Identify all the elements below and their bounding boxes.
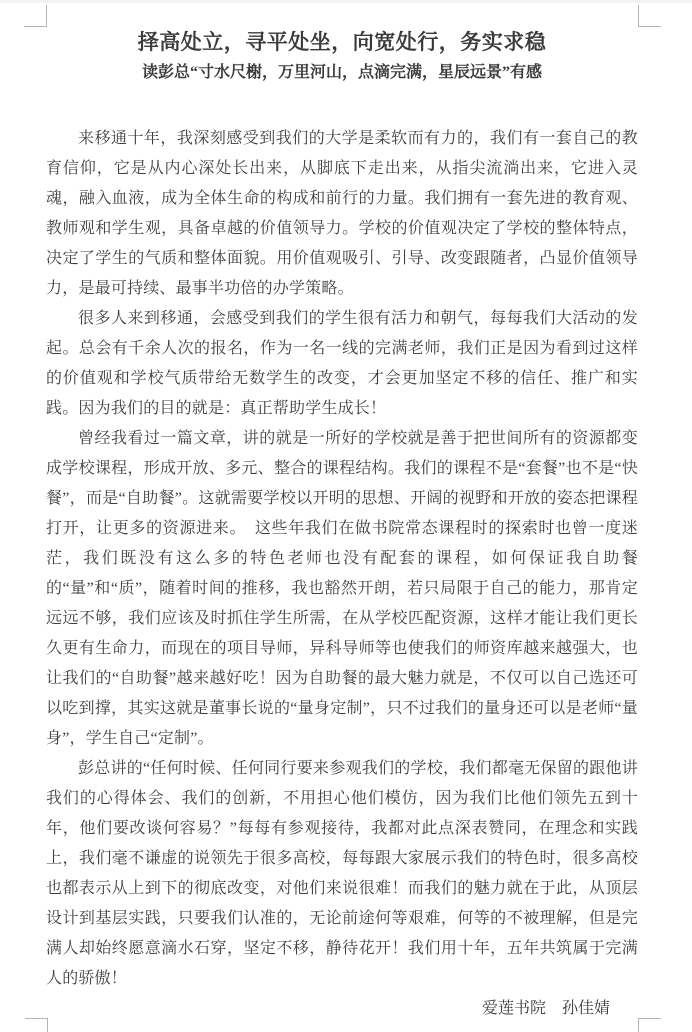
paragraph-1: 来移通十年，我深刻感受到我们的大学是柔软而有力的，我们有一套自己的教育信仰，它是… (46, 124, 638, 304)
doc-title: 择高处立，寻平处坐，向宽处行，务实求稳 (46, 26, 638, 58)
signature: 爱莲书院 孙佳婧 (46, 994, 638, 1024)
paragraph-2: 很多人来到移通，会感受到我们的学生很有活力和朝气，每每我们大活动的发起。总会有千… (46, 304, 638, 424)
document-page: 择高处立，寻平处坐，向宽处行，务实求稳 读彭总“寸水尺榭，万里河山，点滴完满，星… (0, 0, 692, 1032)
doc-subtitle: 读彭总“寸水尺榭，万里河山，点滴完满，星辰远景”有感 (46, 60, 638, 86)
document-body: 择高处立，寻平处坐，向宽处行，务实求稳 读彭总“寸水尺榭，万里河山，点滴完满，星… (46, 0, 638, 1024)
paragraph-3: 曾经我看过一篇文章，讲的就是一所好的学校就是善于把世间所有的资源都变成学校课程，… (46, 424, 638, 754)
paragraph-4: 彭总讲的“任何时候、任何同行要来参观我们的学校，我们都毫无保留的跟他讲我们的心得… (46, 754, 638, 994)
margin-crop-mark-bottom-left (25, 1018, 48, 1032)
margin-crop-mark-bottom-right (638, 1018, 661, 1032)
margin-crop-mark-top-left (24, 5, 47, 27)
margin-crop-mark-top-right (638, 5, 661, 27)
